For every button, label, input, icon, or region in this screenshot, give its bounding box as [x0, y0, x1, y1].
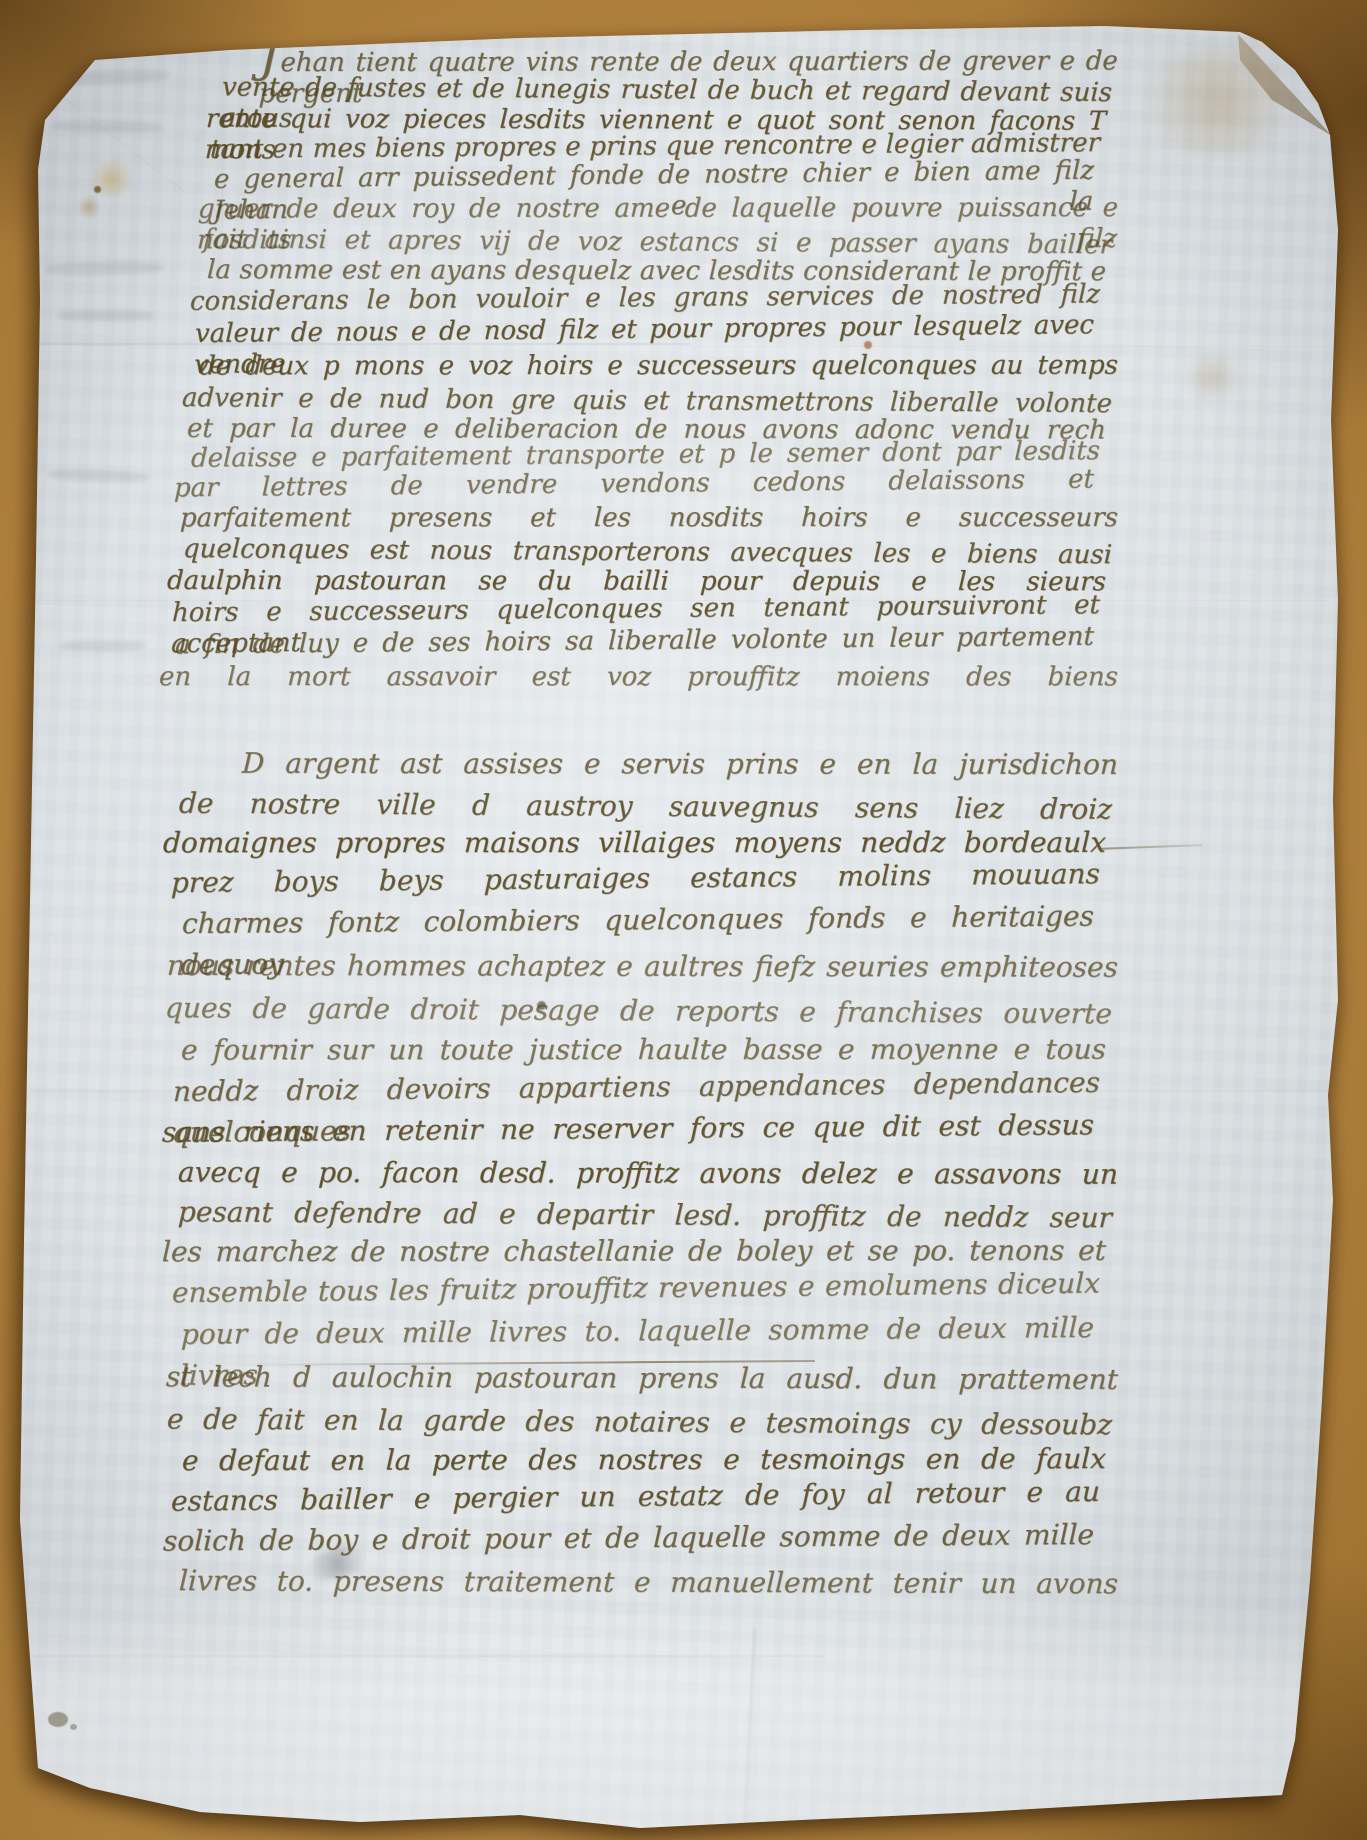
ink-showthrough — [60, 640, 145, 651]
manuscript-line: e de fait en la garde des notaires e tes… — [166, 1398, 1113, 1445]
paper-crease — [222, 60, 223, 700]
manuscript-line: en la mort assavoir est voz prouffitz mo… — [158, 662, 1118, 693]
ink-flourish-underline — [235, 1360, 815, 1366]
paper-crease — [30, 1090, 1330, 1092]
stain — [70, 1724, 77, 1730]
manuscript-line: valeur de nous e de nosd filz et pour pr… — [195, 310, 1095, 350]
manuscript-line: e defaut en la perte des nostres e tesmo… — [181, 1438, 1106, 1481]
manuscript-line: e general arr puissedent fonde de nostre… — [214, 156, 1095, 196]
stain — [537, 1001, 546, 1010]
stain — [297, 1537, 377, 1588]
manuscript-line: daulphin pastouran se du bailli pour dep… — [166, 566, 1106, 598]
manuscript-line: estancs bailler e pergier un estatz de f… — [171, 1471, 1101, 1522]
stain — [78, 194, 100, 220]
manuscript-line: nous rentes hommes achaptez e aultres fi… — [166, 945, 1119, 988]
photo-background: Jehan tient quatre vins rente de deux qu… — [0, 0, 1367, 1840]
manuscript-line: tant en mes biens propres e prins que re… — [210, 128, 1101, 166]
manuscript-line: de nostre ville d austroy sauvegnus sens… — [178, 783, 1113, 830]
manuscript-line: pesant defendre ad e departir lesd. prof… — [177, 1191, 1113, 1238]
manuscript-page: Jehan tient quatre vins rente de deux qu… — [0, 0, 1367, 1840]
manuscript-paragraph: D argent ast assises e servis prins e en… — [0, 691, 1367, 1602]
manuscript-line: avecq e po. facon desd. proffitz avons d… — [177, 1152, 1119, 1195]
manuscript-line: Jehan tient quatre vins rente de deux qu… — [259, 38, 1118, 71]
manuscript-line: a fin de luy e de ses hoirs sa liberalle… — [175, 622, 1095, 662]
manuscript-line: parfaitement presens et les nosdits hoir… — [179, 503, 1118, 534]
paper-crease — [30, 600, 1330, 601]
handwriting-block: Jehan tient quatre vins rente de deux qu… — [0, 0, 1367, 1602]
manuscript-line: ques de garde droit pesage de reports e … — [164, 987, 1113, 1034]
manuscript-line: solich de boy e droit pour et de laquell… — [162, 1514, 1094, 1562]
ink-showthrough — [44, 261, 164, 276]
manuscript-line: st lech d aulochin pastouran prens la au… — [165, 1356, 1119, 1400]
manuscript-line: domaignes propres maisons villaiges moye… — [162, 822, 1106, 863]
manuscript-line: livres to. presens traitement e manuelle… — [178, 1560, 1119, 1604]
paper-crease — [25, 1655, 825, 1657]
stain — [864, 341, 872, 349]
manuscript-line: fait ainsi et apres vij de voz estancs s… — [202, 224, 1112, 261]
stain — [48, 1712, 68, 1727]
manuscript-line: e fournir sur un toute justice haulte ba… — [180, 1029, 1106, 1071]
stain — [1128, 46, 1308, 156]
ink-flourish-dash — [1098, 844, 1202, 850]
manuscript-line: et par la duree e deliberacion de nous a… — [186, 414, 1106, 447]
manuscript-line: delaisse e parfaitement transporte et p … — [191, 436, 1101, 475]
folded-corner-shadow — [1238, 28, 1334, 140]
manuscript-line: la somme est en ayans desquelz avec lesd… — [206, 255, 1106, 288]
manuscript-line: neddz droiz devoirs appartiens appendanc… — [173, 1062, 1101, 1112]
manuscript-line: hoirs e successeurs quelconques sen tena… — [172, 590, 1101, 629]
manuscript-line: considerans le bon vouloir e les grans s… — [190, 279, 1101, 317]
manuscript-line: advenir e de nud bon gre quis et transme… — [181, 383, 1112, 420]
paper-crease — [25, 343, 690, 345]
paper-crease — [680, 346, 1330, 347]
ink-showthrough — [40, 68, 170, 87]
manuscript-line: ensemble tous les fruitz prouffitz reven… — [171, 1263, 1100, 1314]
ink-showthrough — [52, 119, 162, 133]
folded-corner — [1243, 9, 1333, 63]
manuscript-line: D argent ast assises e servis prins e en… — [241, 743, 1118, 785]
ink-showthrough — [58, 310, 153, 321]
ink-showthrough — [48, 468, 148, 483]
paper-crease — [743, 1628, 757, 1833]
stain — [94, 186, 101, 193]
paper-crease — [54, 90, 189, 195]
manuscript-line: gruer de deux roy de nostre ame de laque… — [197, 193, 1118, 225]
manuscript-line: charmes fontz colombiers quelconques fon… — [181, 895, 1094, 944]
manuscript-line: sans riens en retenir ne reserver fors c… — [161, 1104, 1094, 1152]
stain — [1180, 355, 1246, 399]
manuscript-line: par lettres de vendre vendons cedons del… — [174, 464, 1095, 504]
manuscript-line: les marchez de nostre chastellanie de bo… — [161, 1230, 1106, 1272]
manuscript-line: de deux p mons e voz hoirs e successeurs… — [198, 350, 1118, 382]
manuscript-line: vente de fustes et de lunegis rustel de … — [221, 72, 1112, 109]
stain — [86, 162, 138, 196]
manuscript-line: rente qui voz pieces lesdits viennent e … — [205, 104, 1106, 138]
manuscript-paragraph: Jehan tient quatre vins rente de deux qu… — [0, 0, 1367, 691]
paper-shadow-wrap: Jehan tient quatre vins rente de deux qu… — [0, 0, 1367, 1840]
manuscript-line: quelconques est nous transporterons avec… — [182, 534, 1112, 571]
manuscript-line: prez boys beys pasturaiges estancs molin… — [170, 853, 1100, 903]
manuscript-line: pour de deux mille livres to. laquelle s… — [180, 1307, 1094, 1355]
